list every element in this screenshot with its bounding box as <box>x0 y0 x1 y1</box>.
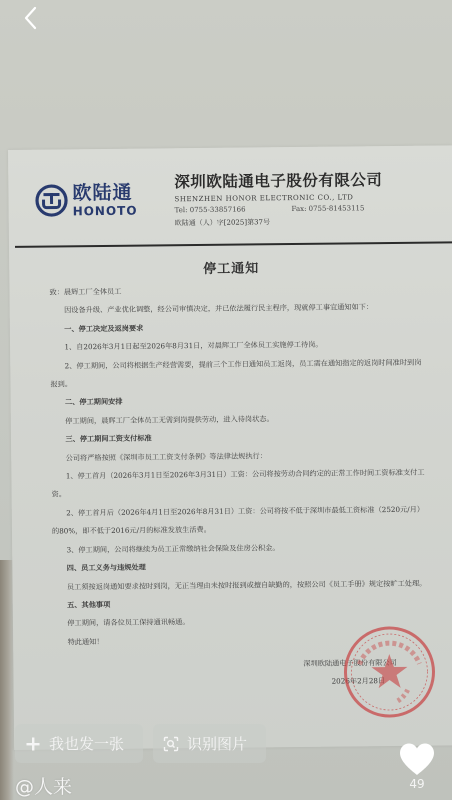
company-name-en: SHENZHEN HONOR ELECTRONIC CO., LTD <box>174 193 382 203</box>
plus-icon <box>25 736 41 752</box>
company-logo: 欧陆通 HONOTO <box>34 183 137 218</box>
document-number: 欧陆通（人）字[2025]第37号 <box>175 216 383 228</box>
company-fax: Fax: 0755-81453115 <box>291 204 364 213</box>
intro-paragraph: 因设备升级、产业优化调整，经公司审慎决定，并已依法履行民主程序，现就停工事宜通知… <box>50 298 424 320</box>
section-paragraph: 1、停工首月（2026年3月1日至2026年3月31日）工资：公司将按劳动合同约… <box>51 464 425 505</box>
honoto-logo-icon <box>34 183 68 217</box>
scan-image-icon <box>163 736 179 752</box>
like-button[interactable]: 49 <box>396 742 438 791</box>
company-seal-icon <box>341 624 438 721</box>
company-tel: Tel: 0755-33857166 <box>175 206 246 215</box>
post-too-button[interactable]: 我也发一张 <box>15 724 143 763</box>
section-paragraph: 员工须按返岗通知要求按时到岗，无正当理由未按时报到或擅自缺勤的，按照公司《员工手… <box>52 574 426 596</box>
recognize-image-label: 识别图片 <box>187 733 247 754</box>
header-divider <box>15 241 452 248</box>
company-contact: Tel: 0755-33857166 Fax: 0755-81453115 <box>175 204 383 214</box>
like-count: 49 <box>409 777 424 791</box>
notice-title: 停工通知 <box>9 255 452 279</box>
logo-chinese: 欧陆通 <box>72 183 137 203</box>
section-paragraph: 2、停工期间，公司将根据生产经营需要，提前三个工作日通知员工返岗，员工需在通知指… <box>50 353 424 394</box>
document-photo: 欧陆通 HONOTO 深圳欧陆通电子股份有限公司 SHENZHEN HONOR … <box>8 145 452 750</box>
author-handle[interactable]: @人来 <box>15 772 72 799</box>
logo-english: HONOTO <box>73 204 138 217</box>
post-too-label: 我也发一张 <box>49 733 124 754</box>
back-button[interactable] <box>16 4 46 34</box>
section-paragraph: 2、停工首月后（2026年4月1日至2026年8月31日）工资：公司将按不低于深… <box>52 501 426 542</box>
notice-body: 致：晨辉工厂全体员工 因设备升级、产业优化调整，经公司审慎决定，并已依法履行民主… <box>49 280 427 652</box>
recognize-image-button[interactable]: 识别图片 <box>153 724 266 763</box>
company-header: 深圳欧陆通电子股份有限公司 SHENZHEN HONOR ELECTRONIC … <box>174 168 383 228</box>
chevron-left-icon <box>16 4 46 34</box>
company-name-cn: 深圳欧陆通电子股份有限公司 <box>174 168 382 192</box>
heart-icon <box>398 742 436 776</box>
